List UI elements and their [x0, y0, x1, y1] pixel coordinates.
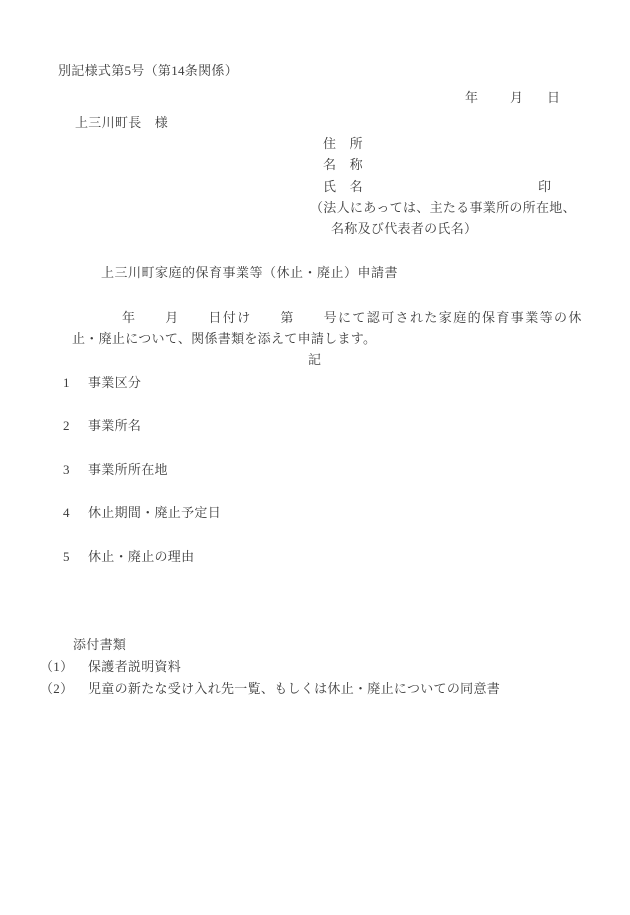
- corporation-note-line2: 名称及び代表者の氏名）: [331, 222, 477, 236]
- ki-separator: 記: [308, 353, 321, 367]
- date-year-label: 年: [465, 91, 478, 105]
- form-number: 別記様式第5号（第14条関係）: [58, 64, 238, 78]
- body-paragraph-line1: 年 月 日付け 第 号にて認可された家庭的保育事業等の休: [122, 311, 583, 325]
- list-item-number: 1: [63, 376, 70, 390]
- list-item-label: 事業区分: [88, 376, 141, 390]
- list-item-label: 事業所所在地: [88, 463, 168, 477]
- list-item-number: 3: [63, 463, 70, 477]
- document-title: 上三川町家庭的保育事業等（休止・廃止）申請書: [101, 266, 398, 280]
- attachment-item-number: （1）: [40, 660, 73, 674]
- list-item-number: 2: [63, 419, 70, 433]
- body-paragraph-line2: 止・廃止について、関係書類を添えて申請します。: [72, 332, 376, 346]
- list-item-label: 休止期間・廃止予定日: [88, 506, 221, 520]
- date-day-label: 日: [547, 91, 560, 105]
- attachment-item-label: 児童の新たな受け入れ先一覧、もしくは休止・廃止についての同意書: [88, 682, 500, 696]
- list-item-number: 5: [63, 550, 70, 564]
- addressee: 上三川町長 様: [75, 116, 168, 130]
- sender-address-label: 住 所: [323, 137, 363, 151]
- corporation-note-line1: （法人にあっては、主たる事業所の所在地、: [310, 201, 576, 215]
- list-item-label: 休止・廃止の理由: [88, 550, 194, 564]
- document-page: 別記様式第5号（第14条関係） 年 月 日 上三川町長 様 住 所 名 称 氏 …: [0, 0, 630, 915]
- date-month-label: 月: [510, 91, 523, 105]
- attachments-header: 添付書類: [73, 638, 126, 652]
- seal-mark: 印: [538, 180, 551, 194]
- attachment-item-number: （2）: [40, 682, 73, 696]
- attachment-item-label: 保護者説明資料: [88, 660, 181, 674]
- list-item-number: 4: [63, 506, 70, 520]
- sender-name-label: 名 称: [323, 158, 363, 172]
- list-item-label: 事業所名: [88, 419, 141, 433]
- sender-person-label: 氏 名: [323, 180, 363, 194]
